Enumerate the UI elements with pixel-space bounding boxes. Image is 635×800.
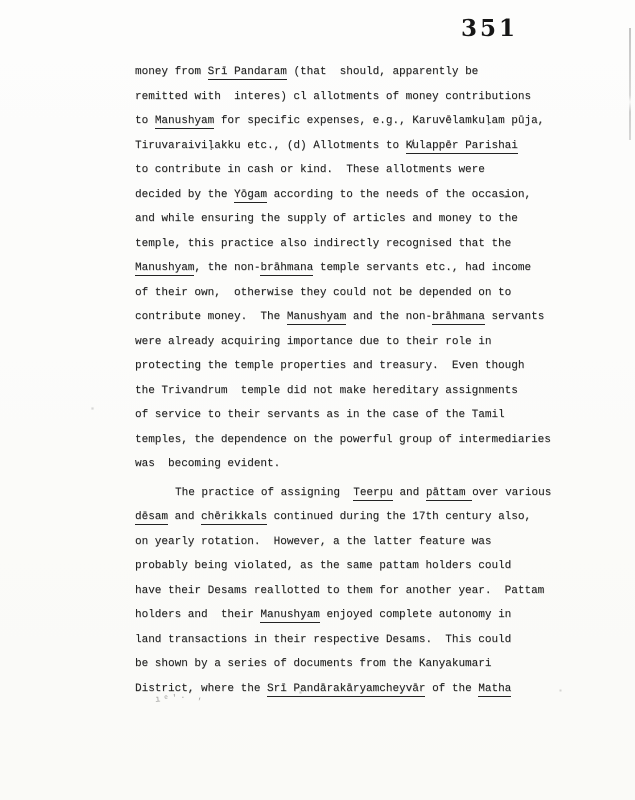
text-segment: and while ensuring the supply of article… bbox=[135, 213, 518, 225]
text-line: were already acquiring importance due to… bbox=[135, 330, 595, 355]
text-line: on yearly rotation. However, a the latte… bbox=[135, 530, 595, 555]
text-segment: have their Desams reallotted to them for… bbox=[135, 585, 544, 597]
text-line: holders and their Manushyam enjoyed comp… bbox=[135, 603, 595, 628]
text-segment: servants bbox=[485, 311, 544, 323]
underlined-term: Teerpu bbox=[353, 487, 393, 501]
underlined-term: Srī Pandaram bbox=[208, 66, 287, 80]
text-segment: were already acquiring importance due to… bbox=[135, 336, 491, 348]
paragraph: The practice of assigning Teerpu and pāt… bbox=[135, 481, 595, 702]
text-segment: be shown by a series of documents from t… bbox=[135, 658, 491, 670]
text-segment: temple servants etc., had income bbox=[313, 262, 531, 274]
underlined-term: brāhmana bbox=[260, 262, 313, 276]
scan-artifact-line bbox=[629, 28, 631, 140]
text-segment: land transactions in their respective De… bbox=[135, 634, 511, 646]
text-line: remitted with interes) cl allotments of … bbox=[135, 85, 595, 110]
text-segment: on yearly rotation. However, a the latte… bbox=[135, 536, 491, 548]
text-segment: of their own, otherwise they could not b… bbox=[135, 287, 511, 299]
text-segment: contribute money. The bbox=[135, 311, 287, 323]
text-line: was becoming evident. bbox=[135, 452, 595, 477]
text-line: the Trivandrum temple did not make hered… bbox=[135, 379, 595, 404]
text-segment: , the non- bbox=[194, 262, 260, 274]
text-line: temple, this practice also indirectly re… bbox=[135, 232, 595, 257]
text-segment: holders and their bbox=[135, 609, 260, 621]
text-line: of their own, otherwise they could not b… bbox=[135, 281, 595, 306]
text-segment: probably being violated, as the same pat… bbox=[135, 560, 511, 572]
underlined-term: Matha bbox=[478, 683, 511, 697]
text-segment: remitted with interes) cl allotments of … bbox=[135, 91, 531, 103]
scanned-document-page: 351 money from Srī Pandaram (that should… bbox=[0, 0, 635, 800]
text-line: dēsam and chērikkals continued during th… bbox=[135, 505, 595, 530]
scan-speckles bbox=[0, 0, 1, 1]
page-number: 351 bbox=[461, 15, 518, 42]
text-segment: temple, this practice also indirectly re… bbox=[135, 238, 511, 250]
page-body: money from Srī Pandaram (that should, ap… bbox=[135, 60, 595, 701]
text-segment: Tiruvaraiviḷakku etc., (d) Allotments to bbox=[135, 140, 406, 152]
text-segment: and bbox=[168, 511, 201, 523]
text-segment: protecting the temple properties and tre… bbox=[135, 360, 524, 372]
text-line: to contribute in cash or kind. These all… bbox=[135, 158, 595, 183]
handwritten-mark: ıᵉ'· ‚ bbox=[155, 691, 206, 704]
text-segment: according to the needs of the occasion, bbox=[267, 189, 531, 201]
text-line: land transactions in their respective De… bbox=[135, 628, 595, 653]
underlined-term: chērikkals bbox=[201, 511, 267, 525]
underlined-term: Manushyam bbox=[287, 311, 346, 325]
text-line: contribute money. The Manushyam and the … bbox=[135, 305, 595, 330]
text-segment: temples, the dependence on the powerful … bbox=[135, 434, 551, 446]
text-segment: of the bbox=[425, 683, 478, 695]
text-line: Tiruvaraiviḷakku etc., (d) Allotments to… bbox=[135, 134, 595, 159]
text-segment: The practice of assigning bbox=[175, 487, 353, 499]
text-segment: (that should, apparently be bbox=[287, 66, 478, 78]
underlined-term: Manushyam bbox=[155, 115, 214, 129]
text-line: Manushyam, the non-brāhmana temple serva… bbox=[135, 256, 595, 281]
text-segment: decided by the bbox=[135, 189, 234, 201]
text-segment: and bbox=[393, 487, 426, 499]
text-line: temples, the dependence on the powerful … bbox=[135, 428, 595, 453]
underlined-term: Srī Pandārakāryamcheyvār bbox=[267, 683, 425, 697]
underlined-term: pāttam bbox=[426, 487, 472, 501]
underlined-term: Manushyam bbox=[135, 262, 194, 276]
text-line: and while ensuring the supply of article… bbox=[135, 207, 595, 232]
text-segment: money from bbox=[135, 66, 208, 78]
underlined-term: brāhmana bbox=[432, 311, 485, 325]
text-segment: and the non- bbox=[346, 311, 432, 323]
underlined-term: Manushyam bbox=[260, 609, 319, 623]
text-segment: the Trivandrum temple did not make hered… bbox=[135, 385, 518, 397]
text-line: have their Desams reallotted to them for… bbox=[135, 579, 595, 604]
text-segment: to bbox=[135, 115, 155, 127]
text-line: money from Srī Pandaram (that should, ap… bbox=[135, 60, 595, 85]
text-segment: to contribute in cash or kind. These all… bbox=[135, 164, 485, 176]
text-segment: for specific expenses, e.g., Karuvēlamku… bbox=[214, 115, 544, 127]
text-line: be shown by a series of documents from t… bbox=[135, 652, 595, 677]
text-line: probably being violated, as the same pat… bbox=[135, 554, 595, 579]
text-line: The practice of assigning Teerpu and pāt… bbox=[135, 481, 595, 506]
text-line: protecting the temple properties and tre… bbox=[135, 354, 595, 379]
text-segment: over various bbox=[472, 487, 551, 499]
text-line: to Manushyam for specific expenses, e.g.… bbox=[135, 109, 595, 134]
text-segment: continued during the 17th century also, bbox=[267, 511, 531, 523]
text-line: decided by the Yōgam according to the ne… bbox=[135, 183, 595, 208]
underlined-term: K̸ulappēr Parishai bbox=[406, 140, 518, 154]
paragraph: money from Srī Pandaram (that should, ap… bbox=[135, 60, 595, 477]
text-line: of service to their servants as in the c… bbox=[135, 403, 595, 428]
underlined-term: dēsam bbox=[135, 511, 168, 525]
text-segment: of service to their servants as in the c… bbox=[135, 409, 505, 421]
text-segment: enjoyed complete autonomy in bbox=[320, 609, 511, 621]
underlined-term: Yōgam bbox=[234, 189, 267, 203]
text-segment: was becoming evident. bbox=[135, 458, 280, 470]
